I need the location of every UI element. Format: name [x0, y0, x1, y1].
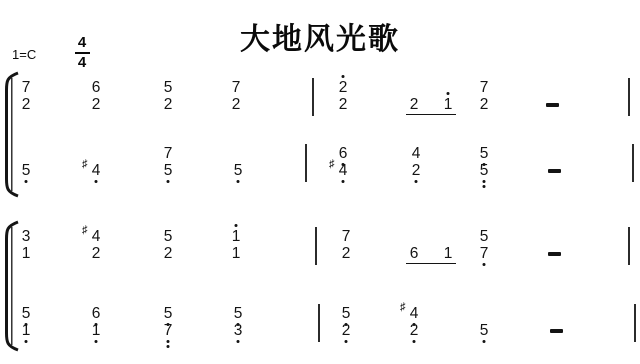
- note-digit: 5: [162, 306, 174, 322]
- note-digit: 7: [162, 146, 174, 162]
- octave-dot-below: [95, 340, 98, 343]
- octave-dot-below: [95, 180, 98, 183]
- note-digit: 2: [410, 163, 422, 179]
- grand-staff-bracket-icon: [1, 72, 21, 197]
- note: 5: [478, 146, 490, 162]
- octave-dot-below: [342, 180, 345, 183]
- note: 7: [20, 80, 32, 96]
- octave-dot-below: [167, 340, 170, 343]
- note-digit: 2: [90, 97, 102, 113]
- note: 7: [340, 229, 352, 245]
- dash-note: [548, 252, 561, 256]
- octave-dot-below: [345, 340, 348, 343]
- note: 2: [408, 323, 420, 339]
- octave-dot-below: [483, 185, 486, 188]
- note: 2: [340, 246, 352, 262]
- note-digit: 4: [408, 306, 420, 322]
- sharp-icon: ♯: [329, 158, 335, 170]
- note: 2: [337, 80, 349, 96]
- note: 1: [90, 323, 102, 339]
- note-digit: 4: [90, 163, 102, 179]
- note-digit: 5: [232, 163, 244, 179]
- barline: [315, 227, 317, 265]
- note: 1: [230, 229, 242, 245]
- note: 4♯: [337, 163, 349, 179]
- barline: [632, 144, 634, 182]
- dash-note: [548, 169, 561, 173]
- note-digit: 5: [162, 163, 174, 179]
- beam-underline: [406, 114, 456, 116]
- note: 1: [20, 323, 32, 339]
- note: 5: [478, 323, 490, 339]
- barline: [312, 78, 314, 116]
- note: 5: [478, 163, 490, 179]
- note: 2: [230, 97, 242, 113]
- barline: [634, 304, 636, 342]
- octave-dot-below: [413, 340, 416, 343]
- note: 1: [442, 246, 454, 262]
- note-digit: 7: [340, 229, 352, 245]
- note-digit: 1: [442, 246, 454, 262]
- note-digit: 7: [478, 80, 490, 96]
- note-digit: 4: [90, 229, 102, 245]
- note: 6: [337, 146, 349, 162]
- note: 2: [162, 246, 174, 262]
- barline: [318, 304, 320, 342]
- note: 5: [478, 229, 490, 245]
- note: 3: [232, 323, 244, 339]
- note: 5: [340, 306, 352, 322]
- note-digit: 2: [90, 246, 102, 262]
- note: 2: [20, 97, 32, 113]
- note-digit: 5: [478, 163, 490, 179]
- note: 7: [478, 246, 490, 262]
- octave-dot-below: [415, 180, 418, 183]
- note: 6: [90, 80, 102, 96]
- note: 6: [90, 306, 102, 322]
- dash-note: [546, 103, 559, 107]
- note-digit: 7: [230, 80, 242, 96]
- octave-dot-below: [25, 340, 28, 343]
- note-digit: 4: [337, 163, 349, 179]
- note-digit: 2: [230, 97, 242, 113]
- octave-dot-above: [342, 75, 345, 78]
- note: 1: [20, 246, 32, 262]
- note-digit: 1: [20, 246, 32, 262]
- octave-dot-below: [237, 340, 240, 343]
- sharp-icon: ♯: [82, 158, 88, 170]
- octave-dot-below: [167, 345, 170, 348]
- octave-dot-below: [167, 180, 170, 183]
- note-digit: 4: [410, 146, 422, 162]
- note: 2: [408, 97, 420, 113]
- note-digit: 6: [90, 306, 102, 322]
- octave-dot-above: [447, 92, 450, 95]
- octave-dot-below: [25, 180, 28, 183]
- octave-dot-below: [237, 180, 240, 183]
- note-digit: 6: [337, 146, 349, 162]
- note-digit: 2: [20, 97, 32, 113]
- note-digit: 2: [337, 97, 349, 113]
- note: 4♯: [90, 229, 102, 245]
- note-digit: 2: [162, 246, 174, 262]
- note: 2: [90, 97, 102, 113]
- octave-dot-below: [483, 263, 486, 266]
- note-digit: 5: [20, 306, 32, 322]
- note: 2: [337, 97, 349, 113]
- note: 1: [442, 97, 454, 113]
- note-digit: 2: [478, 97, 490, 113]
- note: 2: [90, 246, 102, 262]
- sheet-music-page: 大地风光歌 1=C 4 4 7262527222217254♯75564♯425…: [0, 0, 640, 364]
- note: 2: [340, 323, 352, 339]
- note: 7: [230, 80, 242, 96]
- note-digit: 2: [340, 323, 352, 339]
- note: 2: [410, 163, 422, 179]
- note: 7: [162, 146, 174, 162]
- note: 5: [162, 80, 174, 96]
- note: 5: [162, 163, 174, 179]
- note-digit: 2: [408, 97, 420, 113]
- note-digit: 1: [442, 97, 454, 113]
- note-digit: 6: [90, 80, 102, 96]
- octave-dot-above: [235, 224, 238, 227]
- note: 4: [410, 146, 422, 162]
- dash-note: [550, 329, 563, 333]
- note-digit: 3: [20, 229, 32, 245]
- note: 4♯: [90, 163, 102, 179]
- note-digit: 2: [162, 97, 174, 113]
- notation-sheet: 7262527222217254♯75564♯4255314♯252117261…: [0, 0, 640, 364]
- note-digit: 3: [232, 323, 244, 339]
- grand-staff-bracket-icon: [1, 221, 21, 351]
- note: 7: [162, 323, 174, 339]
- note-digit: 1: [230, 246, 242, 262]
- note-digit: 6: [408, 246, 420, 262]
- note-digit: 5: [162, 80, 174, 96]
- note: 5: [232, 163, 244, 179]
- octave-dot-below: [483, 180, 486, 183]
- barline: [305, 144, 307, 182]
- note-digit: 7: [162, 323, 174, 339]
- sharp-icon: ♯: [400, 301, 406, 313]
- note-digit: 2: [340, 246, 352, 262]
- note: 7: [478, 80, 490, 96]
- note-digit: 1: [20, 323, 32, 339]
- note: 6: [408, 246, 420, 262]
- note: 3: [20, 229, 32, 245]
- barline: [628, 78, 630, 116]
- note-digit: 5: [478, 229, 490, 245]
- note: 4♯: [408, 306, 420, 322]
- note-digit: 2: [337, 80, 349, 96]
- note: 1: [230, 246, 242, 262]
- note-digit: 5: [478, 146, 490, 162]
- note-digit: 5: [162, 229, 174, 245]
- beam-underline: [406, 263, 456, 265]
- note: 5: [20, 306, 32, 322]
- note-digit: 5: [20, 163, 32, 179]
- note: 5: [162, 229, 174, 245]
- note: 5: [20, 163, 32, 179]
- barline: [628, 227, 630, 265]
- note: 2: [478, 97, 490, 113]
- note: 2: [162, 97, 174, 113]
- note: 5: [232, 306, 244, 322]
- sharp-icon: ♯: [82, 224, 88, 236]
- note-digit: 1: [230, 229, 242, 245]
- note: 5: [162, 306, 174, 322]
- note-digit: 2: [408, 323, 420, 339]
- octave-dot-below: [483, 340, 486, 343]
- note-digit: 7: [20, 80, 32, 96]
- note-digit: 5: [340, 306, 352, 322]
- note-digit: 5: [478, 323, 490, 339]
- note-digit: 1: [90, 323, 102, 339]
- note-digit: 5: [232, 306, 244, 322]
- note-digit: 7: [478, 246, 490, 262]
